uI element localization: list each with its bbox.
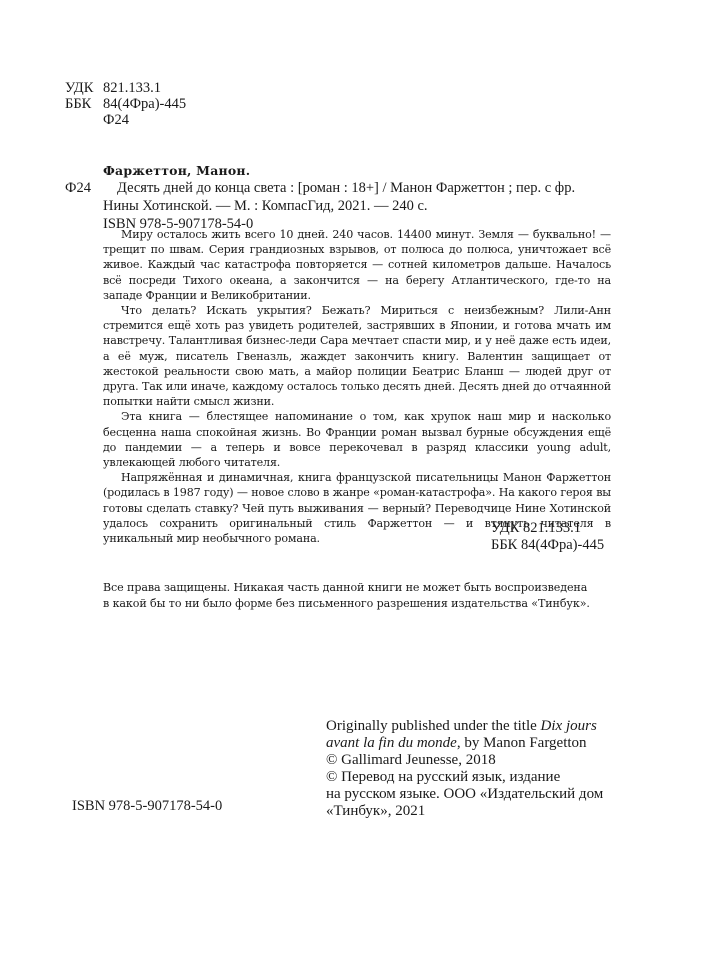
annotation: Миру осталось жить всего 10 дней. 240 ча… [103,227,611,546]
annotation-paragraph: Миру осталось жить всего 10 дней. 240 ча… [103,227,611,303]
original-title-line-2: avant la fin du monde, by Manon Fargetto… [326,735,603,752]
author-mark-left: Ф24 [65,180,91,196]
bbk-value: 84(4Фра)-445 [103,96,186,112]
gallimard-copyright: © Gallimard Jeunesse, 2018 [326,752,603,769]
author-heading: Фаржеттон, Манон. [103,163,250,179]
translation-copyright-3: «Тинбук», 2021 [326,803,603,820]
rights-notice: Все права защищены. Никакая часть данной… [103,580,590,612]
copyright-block: Originally published under the title Dix… [326,718,603,820]
rights-line-1: Все права защищены. Никакая часть данной… [103,580,590,596]
udk-label: УДК [65,80,93,96]
original-title: Dix jours [541,718,597,734]
bbk-label: ББК [65,96,91,112]
original-title-line-1: Originally published under the title Dix… [326,718,603,735]
annotation-paragraph: Что делать? Искать укрытия? Бежать? Мири… [103,303,611,409]
annotation-paragraph: Эта книга — блестящее напоминание о том,… [103,409,611,470]
udk-right: УДК 821.133.1 [491,520,604,537]
translation-copyright-2: на русском языке. ООО «Издательский дом [326,786,603,803]
title-line: Десять дней до конца света : [роман : 18… [117,180,575,196]
isbn-bottom: ISBN 978-5-907178-54-0 [72,798,222,815]
original-title-continued: avant la fin du monde [326,735,457,751]
author-mark: Ф24 [103,112,129,128]
bbk-right: ББК 84(4Фра)-445 [491,537,604,554]
translation-copyright-1: © Перевод на русский язык, издание [326,769,603,786]
rights-line-2: в какой бы то ни было форме без письменн… [103,596,590,612]
classification-right: УДК 821.133.1 ББК 84(4Фра)-445 [491,520,604,554]
udk-value: 821.133.1 [103,80,161,96]
publication-line: Нины Хотинской. — М. : КомпасГид, 2021. … [103,198,428,214]
